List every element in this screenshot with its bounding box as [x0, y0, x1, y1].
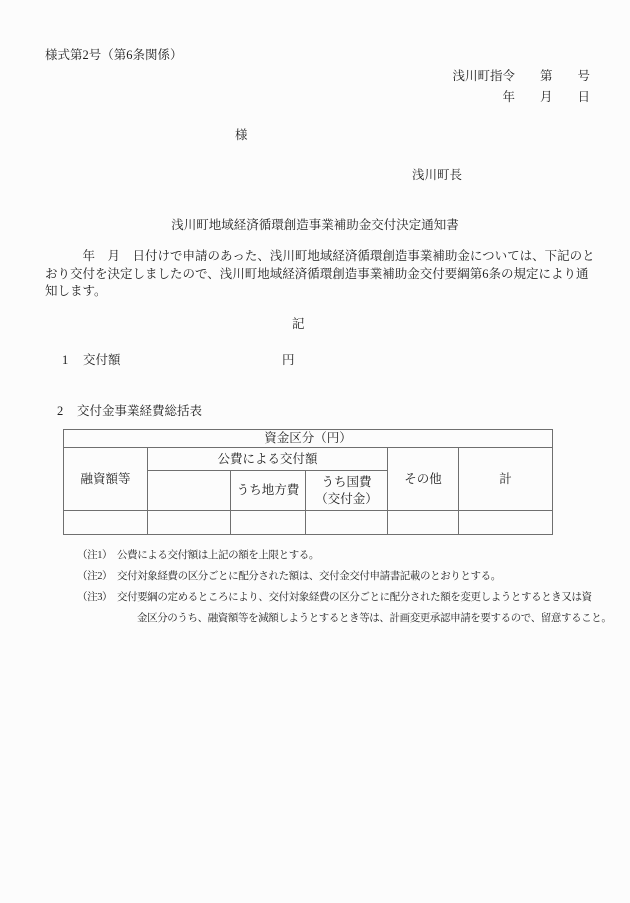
table-cell-public-grant: 公費による交付額	[148, 448, 388, 471]
body-line: おり交付を決定しましたので、浅川町地域経済循環創造事業補助金交付要綱第6条の規定…	[45, 267, 589, 282]
item2-label: 交付金事業経費総括表	[77, 404, 202, 419]
table-cell-local-share: うち地方費	[231, 471, 306, 511]
national-share-line2: （交付金）	[306, 491, 387, 508]
note-line-3-continuation: 金区分のうち、融資額等を減額しようとするとき等は、計画変更承認申請を要するので、…	[137, 613, 612, 626]
table-data-cell	[148, 511, 231, 535]
national-share-line1: うち国費	[306, 474, 387, 491]
table-data-cell	[64, 511, 148, 535]
table-data-cell	[306, 511, 388, 535]
body-line: 知します。	[45, 284, 107, 299]
note-line-1: （注1） 公費による交付額は上記の額を上限とする。	[77, 550, 319, 563]
table-data-cell	[231, 511, 306, 535]
item1-unit-yen: 円	[282, 353, 295, 368]
table-cell-other: その他	[388, 448, 459, 511]
sender-title: 浅川町長	[412, 168, 462, 183]
table-cell-fund-category: 資金区分（円）	[64, 430, 553, 448]
expense-summary-table: 資金区分（円） 融資額等 公費による交付額 その他 計 うち地方費 うち国費 （…	[63, 429, 553, 535]
date-line: 年 月 日	[502, 90, 590, 105]
document-title: 浅川町地域経済循環創造事業補助金交付決定通知書	[0, 218, 630, 233]
item2-number: 2	[57, 404, 63, 419]
table-data-cell	[388, 511, 459, 535]
record-marker: 記	[292, 317, 305, 332]
table-cell-national-share: うち国費 （交付金）	[306, 471, 388, 511]
table-data-cell	[459, 511, 553, 535]
note-line-3: （注3） 交付要綱の定めるところにより、交付対象経費の区分ごとに配分された額を変…	[77, 592, 592, 605]
table-cell-total: 計	[459, 448, 553, 511]
addressee-suffix: 様	[235, 128, 248, 143]
table-cell-loan-amount: 融資額等	[64, 448, 148, 511]
item1-number: 1	[62, 353, 68, 368]
table-cell-subheader-blank	[148, 471, 231, 511]
form-number: 様式第2号（第6条関係）	[45, 48, 183, 63]
body-line: 年 月 日付けで申請のあった、浅川町地域経済循環創造事業補助金については、下記の…	[45, 249, 595, 264]
document-page: 様式第2号（第6条関係） 浅川町指令 第 号 年 月 日 様 浅川町長 浅川町地…	[0, 0, 630, 903]
item1-label: 交付額	[83, 353, 121, 368]
directive-number-line: 浅川町指令 第 号	[452, 69, 590, 84]
note-line-2: （注2） 交付対象経費の区分ごとに配分された額は、交付金交付申請書記載のとおりと…	[77, 571, 501, 584]
table-data-row	[64, 511, 553, 535]
